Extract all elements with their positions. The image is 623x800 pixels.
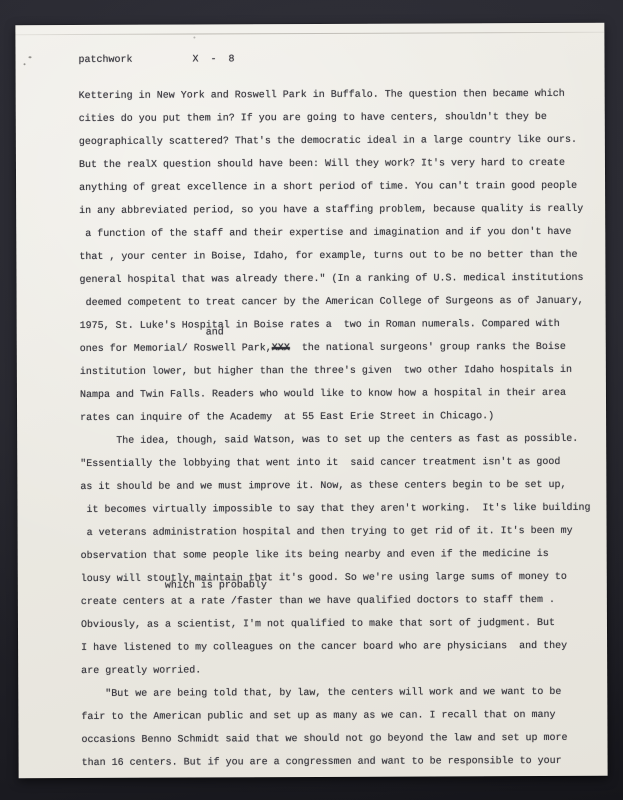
typed-line: "But we are being told that, by law, the… <box>81 681 599 706</box>
typed-line: I have listened to my colleagues on the … <box>81 635 599 660</box>
typed-line: rates can inquire of the Academy at 55 E… <box>80 405 598 430</box>
page: patchwork X - 8 Kettering in New York an… <box>15 23 607 779</box>
typed-line: cities do you put them in? If you are go… <box>79 106 597 131</box>
typed-line: in any abbreviated period, so you have a… <box>79 198 597 223</box>
typed-line: geographically scattered? That's the dem… <box>79 129 597 154</box>
typed-line: are greatly worried. <box>81 658 599 683</box>
typed-line: observation that some people like its be… <box>81 543 599 568</box>
scan-speck <box>24 63 26 65</box>
typed-line: Nampa and Twin Falls. Readers who would … <box>80 382 598 407</box>
typed-line: lousy will stoutly maintain that it's go… <box>81 566 599 591</box>
photo-background: patchwork X - 8 Kettering in New York an… <box>0 0 623 800</box>
scan-speck <box>193 37 195 39</box>
typed-line: than 16 centers. But if you are a congre… <box>82 750 600 775</box>
typed-line: The idea, though, said Watson, was to se… <box>80 428 598 453</box>
typed-line: a function of the staff and their expert… <box>79 221 597 246</box>
typed-text: patchwork X - 8 Kettering in New York an… <box>78 47 599 775</box>
typed-line: ones for Memorial/ Roswell Park,XXX the … <box>80 336 598 361</box>
struck-out-text: XXX <box>272 343 290 354</box>
typed-line: general hospital that was already there.… <box>79 267 597 292</box>
typed-line: institution lower, but higher than the t… <box>80 359 598 384</box>
typed-line: 1975, St. Luke's Hospital in Boise rates… <box>80 313 598 338</box>
typed-line: fair to the American public and set up a… <box>81 704 599 729</box>
typed-line: anything of great excellence in a short … <box>79 175 597 200</box>
typed-line: that , your center in Boise, Idaho, for … <box>79 244 597 269</box>
page-header: patchwork X - 8 <box>78 47 596 72</box>
typed-line: create centers at a rate /faster than we… <box>81 589 599 614</box>
typed-lines: Kettering in New York and Roswell Park i… <box>79 83 600 775</box>
typed-line: "Essentially the lobbying that went into… <box>80 451 598 476</box>
typed-line: occasions Benno Schmidt said that we sho… <box>81 727 599 752</box>
typed-line: But the realX question should have been:… <box>79 152 597 177</box>
typed-line: Kettering in New York and Roswell Park i… <box>79 83 597 108</box>
typed-line: it becomes virtually impossible to say t… <box>80 497 598 522</box>
paper-crease <box>15 32 604 36</box>
typed-line: as it should be and we must improve it. … <box>80 474 598 499</box>
scan-speck <box>28 56 31 58</box>
typed-line: deemed competent to treat cancer by the … <box>80 290 598 315</box>
typed-line: a veterans administration hospital and t… <box>81 520 599 545</box>
typed-line: Obviously, as a scientist, I'm not quali… <box>81 612 599 637</box>
